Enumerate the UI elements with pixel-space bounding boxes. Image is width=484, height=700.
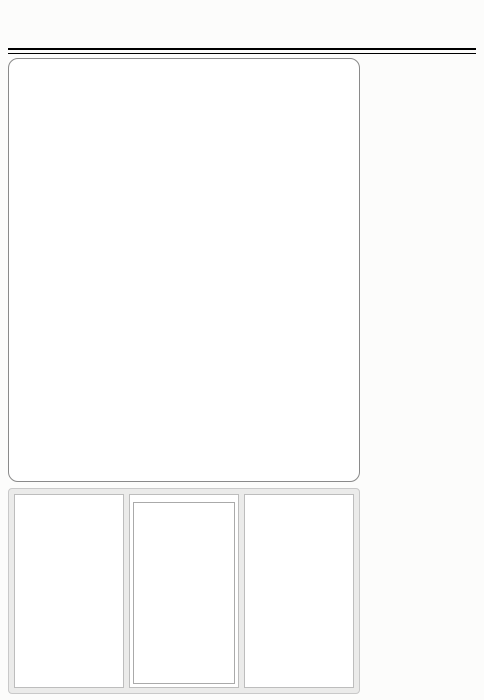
main-article-box: [8, 58, 360, 482]
bar-figure: [129, 494, 239, 688]
right-footer: [366, 693, 478, 695]
figures-panel: [8, 488, 360, 694]
bar-gridlines: [152, 505, 232, 675]
section-header: [0, 22, 484, 45]
bar-axis-ticks: [152, 677, 232, 682]
article-columns: [17, 76, 351, 432]
bar-chart: [133, 502, 235, 684]
table-figure: [14, 494, 124, 688]
bump-figure: [244, 494, 354, 688]
right-article: [366, 58, 478, 694]
header-rule: [8, 48, 476, 54]
bump-chart: [248, 502, 350, 684]
newspaper-page: [0, 0, 484, 700]
right-paragraphs: [366, 67, 478, 689]
